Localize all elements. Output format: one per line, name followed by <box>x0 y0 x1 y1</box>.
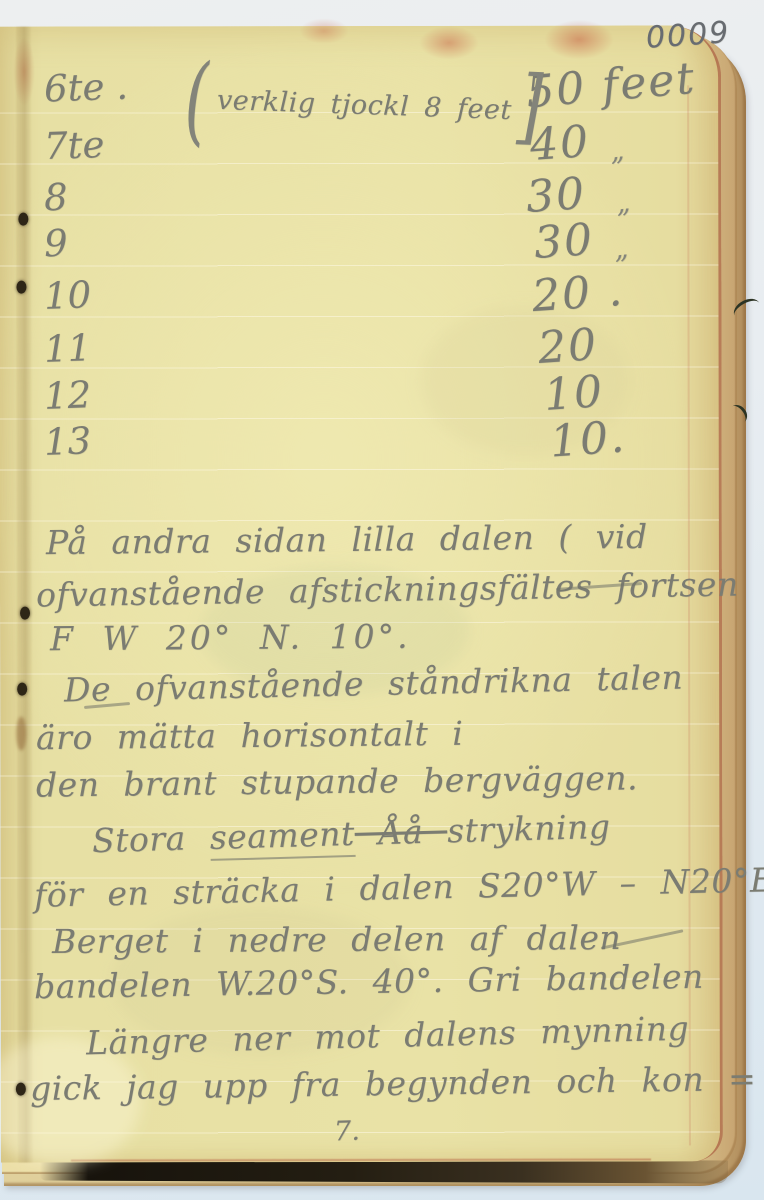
red-edge-stain-left <box>13 37 35 107</box>
row-label: 11 <box>43 326 92 371</box>
paragraph-line: Berget i nedre delen af dalen <box>52 918 621 961</box>
row-label: 9 <box>43 222 68 266</box>
paragraph-line: På andra sidan lilla dalen ( vid <box>46 517 648 562</box>
text-segment: Stora <box>92 818 211 860</box>
binding-stitch <box>16 281 26 294</box>
red-edge-stain-top <box>544 20 614 60</box>
row-label: 13 <box>43 419 92 464</box>
page-number-footer: 7. <box>333 1116 360 1148</box>
note-text: verklig tjockl 8 feet <box>217 84 513 125</box>
measurement-row: 7te 40 „ <box>44 124 714 182</box>
ditto-mark: „ <box>608 135 625 167</box>
measurement-row: 10 20 . <box>44 274 714 332</box>
binding-stitch <box>20 607 30 620</box>
row-value: 40 <box>528 116 591 171</box>
row-value: 30 <box>532 214 595 269</box>
row-label: 12 <box>43 373 92 418</box>
paragraph-line: den brant stupande bergväggen. <box>36 758 638 804</box>
binding-stitch <box>17 683 27 696</box>
row-label: 7te <box>43 123 105 168</box>
binding-crease <box>16 27 33 1163</box>
underlined-word: seament <box>209 814 355 861</box>
row-value: 10. <box>548 411 627 467</box>
row-label: 8 <box>43 176 68 220</box>
row-label: 10 <box>43 273 92 318</box>
crossed-out-word: Åå <box>354 811 448 853</box>
archive-stamp-number: 0009 <box>645 15 732 56</box>
binding-smudge <box>16 717 26 751</box>
ditto-mark: „ <box>612 233 629 265</box>
measurement-row: 13 10. <box>44 420 714 478</box>
binding-stitch <box>18 213 28 226</box>
binding-stitch <box>16 1083 26 1096</box>
ditto-mark: „ <box>614 187 631 219</box>
red-edge-stain-top <box>299 18 349 44</box>
row-value: 20 . <box>530 265 625 322</box>
bearing-note: F W 20° N. 10°. <box>50 617 411 659</box>
notebook-scan: 0009 6te . 50 feet ( verklig tjockl 8 fe… <box>0 0 764 1200</box>
red-edge-stain-bottom <box>71 1158 651 1161</box>
paragraph-line: äro mätta horisontalt i <box>36 714 464 757</box>
text-segment: strykning <box>447 807 611 851</box>
row-label: 6te . <box>43 65 128 111</box>
